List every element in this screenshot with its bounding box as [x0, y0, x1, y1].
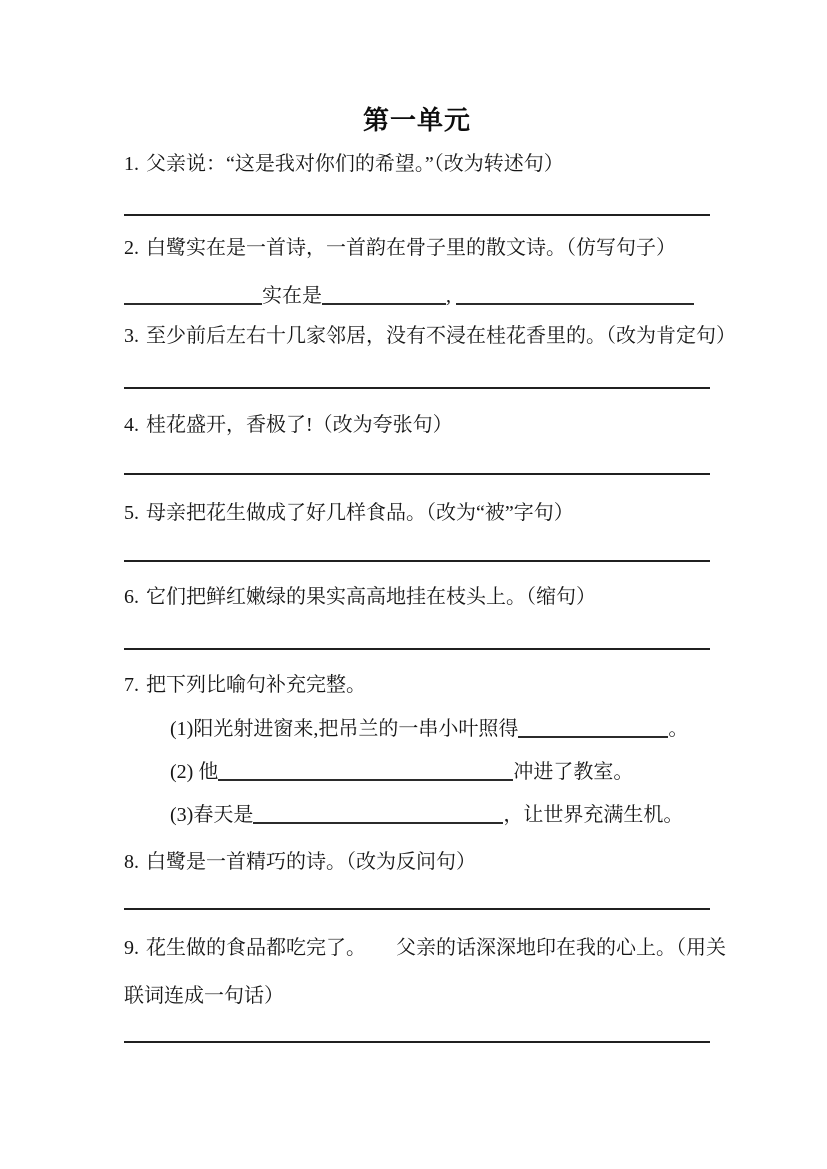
fill-blank	[456, 303, 694, 305]
answer-line-6	[124, 908, 710, 910]
fill-text: 实在是	[262, 285, 322, 307]
question-7: 7.把下列比喻句补充完整。	[124, 672, 710, 698]
answer-line-3	[124, 473, 710, 475]
q2-fill-line: 实在是,	[124, 283, 710, 309]
subitem-text-end: 。	[668, 718, 688, 740]
subitem-text: (2) 他	[170, 761, 218, 783]
question-8: 8.白鹭是一首精巧的诗。（改为反问句）	[124, 849, 710, 875]
fill-blank	[518, 736, 668, 738]
worksheet-page: 第一单元 1.父亲说：“这是我对你们的希望。”（改为转述句） 2.白鹭实在是一首…	[0, 0, 827, 1169]
question-text: 白鹭实在是一首诗，一首韵在骨子里的散文诗。（仿写句子）	[146, 237, 676, 259]
question-number: 2.	[124, 237, 139, 259]
answer-line-1	[124, 214, 710, 216]
question-number: 9.	[124, 937, 139, 959]
question-3: 3.至少前后左右十几家邻居，没有不浸在桂花香里的。（改为肯定句）	[124, 323, 710, 349]
question-number: 3.	[124, 325, 139, 347]
answer-line-7	[124, 1041, 710, 1043]
question-6: 6.它们把鲜红嫩绿的果实高高地挂在枝头上。（缩句）	[124, 584, 710, 610]
question-text: 桂花盛开，香极了!（改为夸张句）	[146, 414, 453, 436]
question-4: 4.桂花盛开，香极了!（改为夸张句）	[124, 412, 710, 438]
question-text: 花生做的食品都吃完了。 父亲的话深深地印在我的心上。（用关	[146, 937, 726, 959]
question-9-wrap: 联词连成一句话）	[124, 983, 710, 1009]
subitem-text: (1)阳光射进窗来,把吊兰的一串小叶照得	[170, 718, 518, 740]
fill-blank	[253, 822, 503, 824]
question-number: 6.	[124, 586, 139, 608]
question-text: 把下列比喻句补充完整。	[146, 674, 366, 696]
question-number: 5.	[124, 502, 139, 524]
question-number: 4.	[124, 414, 139, 436]
question-text: 父亲说：“这是我对你们的希望。”（改为转述句）	[146, 153, 564, 175]
subitem-text: (3)春天是	[170, 804, 253, 826]
subitem-text-end: 冲进了教室。	[513, 761, 633, 783]
question-text: 至少前后左右十几家邻居，没有不浸在桂花香里的。（改为肯定句）	[146, 325, 736, 347]
question-text: 母亲把花生做成了好几样食品。（改为“被”字句）	[146, 502, 574, 524]
answer-line-2	[124, 387, 710, 389]
fill-blank	[124, 303, 262, 305]
question-text: 联词连成一句话）	[124, 985, 284, 1007]
question-number: 8.	[124, 851, 139, 873]
question-5: 5.母亲把花生做成了好几样食品。（改为“被”字句）	[124, 500, 710, 526]
q7-subitem-3: (3)春天是，让世界充满生机。	[170, 802, 710, 828]
question-number: 1.	[124, 153, 139, 175]
fill-comma: ,	[446, 285, 451, 307]
question-2: 2.白鹭实在是一首诗，一首韵在骨子里的散文诗。（仿写句子）	[124, 235, 710, 261]
answer-line-4	[124, 560, 710, 562]
question-9: 9.花生做的食品都吃完了。 父亲的话深深地印在我的心上。（用关	[124, 935, 710, 961]
question-text: 白鹭是一首精巧的诗。（改为反问句）	[146, 851, 476, 873]
unit-title: 第一单元	[124, 100, 710, 137]
question-text: 它们把鲜红嫩绿的果实高高地挂在枝头上。（缩句）	[146, 586, 596, 608]
q7-subitem-2: (2) 他冲进了教室。	[170, 759, 710, 785]
answer-line-5	[124, 648, 710, 650]
fill-blank	[218, 779, 513, 781]
fill-blank	[322, 303, 446, 305]
subitem-text-end: ，让世界充满生机。	[503, 804, 683, 826]
q7-subitem-1: (1)阳光射进窗来,把吊兰的一串小叶照得。	[170, 716, 710, 742]
question-number: 7.	[124, 674, 139, 696]
question-1: 1.父亲说：“这是我对你们的希望。”（改为转述句）	[124, 151, 710, 177]
